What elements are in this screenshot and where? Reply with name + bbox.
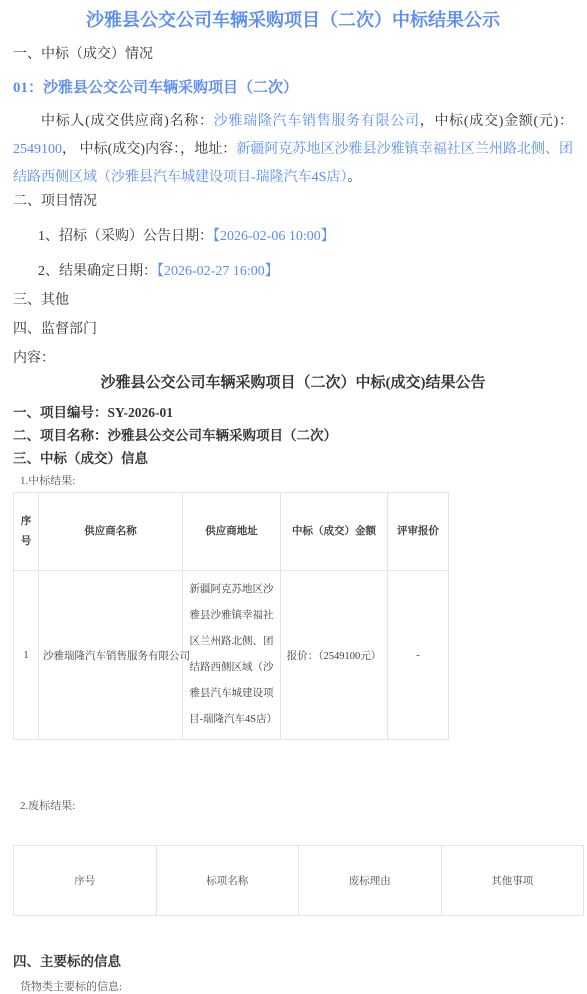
award-content-address-label: ， 中标(成交)内容：，地址：: [62, 142, 236, 157]
win-header-award-amount: 中标（成交）金额: [281, 493, 388, 571]
win-header-seq: 序号: [14, 493, 39, 571]
section-award-situation-heading: 一、中标（成交）情况: [13, 47, 573, 62]
fail-header-other: 其他事项: [441, 846, 584, 916]
inner-announcement-title: 沙雅县公交公司车辆采购项目（二次）中标(成交)结果公告: [13, 375, 573, 392]
announcement-document: 沙雅县公交公司车辆采购项目（二次）中标结果公示 一、中标（成交）情况 01：沙雅…: [0, 0, 587, 994]
win-cell-review-quote: -: [388, 571, 449, 740]
fail-header-reason: 废标理由: [299, 846, 442, 916]
award-summary-paragraph: 中标人(成交供应商)名称：沙雅瑞隆汽车销售服务有限公司，中标(成交)金额(元)：…: [13, 108, 573, 192]
project-number-line: 一、项目编号：SY-2026-01: [13, 405, 573, 420]
result-date-line: 2、结果确定日期：【2026-02-27 16:00】: [38, 264, 573, 279]
award-info-heading: 三、中标（成交）信息: [13, 451, 573, 466]
win-header-supplier-address: 供应商地址: [183, 493, 281, 571]
announce-date-line: 1、招标（采购）公告日期：【2026-02-06 10:00】: [38, 229, 573, 244]
result-date-label: 2、结果确定日期：: [38, 264, 157, 279]
award-amount-value: 2549100: [13, 142, 62, 157]
win-table-header-row: 序号 供应商名称 供应商地址 中标（成交）金额 评审报价: [14, 493, 449, 571]
fail-header-seq: 序号: [14, 846, 157, 916]
win-header-supplier-name: 供应商名称: [39, 493, 183, 571]
win-cell-supplier-address: 新疆阿克苏地区沙雅县沙雅镇幸福社区兰州路北侧、团结路西侧区域（沙雅县汽车城建设项…: [183, 571, 281, 740]
fail-result-label: 2.废标结果:: [20, 800, 573, 813]
fail-result-table: 序号 标项名称 废标理由 其他事项: [13, 845, 584, 916]
win-header-review-quote: 评审报价: [388, 493, 449, 571]
win-cell-seq: 1: [14, 571, 39, 740]
announce-date-label: 1、招标（采购）公告日期：: [38, 229, 213, 244]
win-table-row: 1 沙雅瑞隆汽车销售服务有限公司 新疆阿克苏地区沙雅县沙雅镇幸福社区兰州路北侧、…: [14, 571, 449, 740]
fail-table-header-row: 序号 标项名称 废标理由 其他事项: [14, 846, 584, 916]
win-result-label: 1.中标结果:: [20, 475, 573, 488]
win-result-table: 序号 供应商名称 供应商地址 中标（成交）金额 评审报价 1 沙雅瑞隆汽车销售服…: [13, 492, 449, 740]
content-label: 内容：: [13, 351, 573, 366]
section-other-heading: 三、其他: [13, 293, 573, 308]
supplier-name-value: 沙雅瑞隆汽车销售服务有限公司: [214, 114, 420, 129]
fail-header-lot-name: 标项名称: [156, 846, 299, 916]
section-supervision-heading: 四、监督部门: [13, 322, 573, 337]
result-date-value: 【2026-02-27 16:00】: [157, 264, 279, 279]
section-project-info-heading: 二、项目情况: [13, 194, 573, 209]
goods-info-label: 货物类主要标的信息:: [20, 981, 573, 994]
project-name-line: 二、项目名称：沙雅县公交公司车辆采购项目（二次）: [13, 428, 573, 443]
win-cell-supplier-name: 沙雅瑞隆汽车销售服务有限公司: [39, 571, 183, 740]
win-cell-award-amount: 报价：（2549100元）: [281, 571, 388, 740]
announce-date-value: 【2026-02-06 10:00】: [213, 229, 335, 244]
award-supplier-label: 中标人(成交供应商)名称：: [41, 114, 214, 129]
page-title: 沙雅县公交公司车辆采购项目（二次）中标结果公示: [13, 8, 573, 32]
award-paragraph-period: 。: [347, 170, 361, 185]
award-amount-label: ，中标(成交)金额(元)：: [420, 114, 573, 129]
item-01-heading: 01：沙雅县公交公司车辆采购项目（二次）: [13, 80, 573, 96]
